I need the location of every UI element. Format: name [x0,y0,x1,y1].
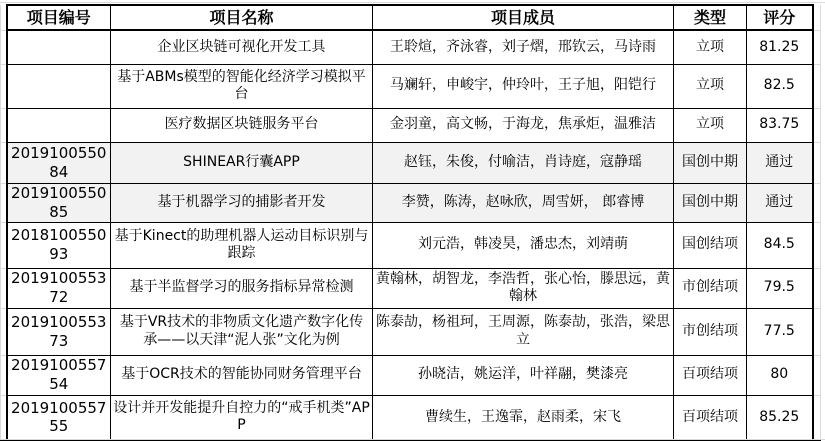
cell-score[interactable]: 85.25 [747,395,813,440]
cell-project-name[interactable]: 医疗数据区块链服务平台 [111,108,373,142]
table-row: 201910055372 基于半监督学习的服务指标异常检测 黄翰林，胡智龙，李浩… [1,268,821,308]
col-header-score[interactable]: 评分 [747,5,813,30]
cell-score[interactable]: 通过 [747,142,813,183]
cell-project-name[interactable]: 基于ABMs模型的智能化经济学习模拟平台 [111,64,373,108]
table-row: 201910055755 设计并开发能提升自控力的“戒手机类”APP 曹续生，王… [1,395,821,440]
right-gutter [813,142,821,183]
header-row: 项目编号 项目名称 项目成员 类型 评分 [1,5,821,30]
cell-project-id[interactable]: 201910055754 [7,355,111,395]
cell-project-id[interactable]: 201910055373 [7,308,111,355]
spreadsheet-gridline-bottom [0,439,825,440]
cell-type[interactable]: 立项 [674,30,747,64]
cell-project-name[interactable]: 基于半监督学习的服务指标异常检测 [111,268,373,308]
cell-project-id[interactable] [7,108,111,142]
spreadsheet-gridline-top [0,2,825,3]
cell-project-name[interactable]: 基于VR技术的非物质文化遗产数字化传承——以天津“泥人张”文化为例 [111,308,373,355]
right-gutter [813,5,821,30]
right-gutter [813,395,821,440]
cell-score[interactable]: 83.75 [747,108,813,142]
cell-score[interactable]: 81.25 [747,30,813,64]
table-row: 基于ABMs模型的智能化经济学习模拟平台 马斓轩，申峻宇，仲玲叶，王子旭，阳铠行… [1,64,821,108]
cell-project-name[interactable]: 企业区块链可视化开发工具 [111,30,373,64]
cell-project-members[interactable]: 陈泰劼，杨祖珂，王周源，陈泰劼，张浩，梁思立 [373,308,674,355]
col-header-type[interactable]: 类型 [674,5,747,30]
cell-project-id[interactable]: 201910055755 [7,395,111,440]
right-gutter [813,30,821,64]
cell-project-members[interactable]: 金羽童，高文畅，于海龙，焦承炬，温雅洁 [373,108,674,142]
right-gutter [813,108,821,142]
cell-project-name[interactable]: 设计并开发能提升自控力的“戒手机类”APP [111,395,373,440]
cell-type[interactable]: 立项 [674,64,747,108]
cell-project-members[interactable]: 马斓轩，申峻宇，仲玲叶，王子旭，阳铠行 [373,64,674,108]
cell-score[interactable]: 82.5 [747,64,813,108]
cell-project-members[interactable]: 王聆煊，齐泳睿，刘子熠，邢钦云，马诗雨 [373,30,674,64]
right-gutter [813,308,821,355]
table-row: 201910055084 SHINEAR行囊APP 赵钰，朱俊，付喻洁，肖诗庭，… [1,142,821,183]
table-row: 201810055093 基于Kinect的助理机器人运动目标识别与跟踪 刘元浩… [1,222,821,268]
cell-type[interactable]: 国创结项 [674,222,747,268]
cell-project-members[interactable]: 孙晓洁，姚运洋，叶祥翮，樊漆亮 [373,355,674,395]
cell-project-members[interactable]: 赵钰，朱俊，付喻洁，肖诗庭，寇静瑶 [373,142,674,183]
table-row: 医疗数据区块链服务平台 金羽童，高文畅，于海龙，焦承炬，温雅洁 立项 83.75 [1,108,821,142]
cell-project-id[interactable]: 201910055372 [7,268,111,308]
cell-project-members[interactable]: 黄翰林，胡智龙，李浩哲，张心怡，滕思远，黄翰林 [373,268,674,308]
cell-type[interactable]: 百项结项 [674,395,747,440]
cell-project-members[interactable]: 曹续生，王逸霏，赵雨柔，宋飞 [373,395,674,440]
col-header-project-name[interactable]: 项目名称 [111,5,373,30]
cell-score[interactable]: 77.5 [747,308,813,355]
table-row: 201910055754 基于OCR技术的智能协同财务管理平台 孙晓洁，姚运洋，… [1,355,821,395]
cell-project-id[interactable]: 201910055084 [7,142,111,183]
cell-type[interactable]: 市创结项 [674,308,747,355]
cell-type[interactable]: 国创中期 [674,142,747,183]
right-gutter [813,268,821,308]
cell-project-id[interactable] [7,64,111,108]
cell-project-name[interactable]: SHINEAR行囊APP [111,142,373,183]
cell-project-id[interactable]: 201810055093 [7,222,111,268]
projects-table: 项目编号 项目名称 项目成员 类型 评分 企业区块链可视化开发工具 王聆煊，齐泳… [0,4,821,441]
cell-type[interactable]: 百项结项 [674,355,747,395]
table-row: 201910055373 基于VR技术的非物质文化遗产数字化传承——以天津“泥人… [1,308,821,355]
table-row: 企业区块链可视化开发工具 王聆煊，齐泳睿，刘子熠，邢钦云，马诗雨 立项 81.2… [1,30,821,64]
cell-project-id[interactable] [7,30,111,64]
cell-score[interactable]: 79.5 [747,268,813,308]
cell-type[interactable]: 市创结项 [674,268,747,308]
cell-project-name[interactable]: 基于OCR技术的智能协同财务管理平台 [111,355,373,395]
cell-type[interactable]: 立项 [674,108,747,142]
right-gutter [813,222,821,268]
col-header-project-members[interactable]: 项目成员 [373,5,674,30]
table-row: 201910055085 基于机器学习的捕影者开发 李赞，陈涛，赵咏欣，周雪妍，… [1,183,821,222]
cell-score[interactable]: 80 [747,355,813,395]
cell-score[interactable]: 通过 [747,183,813,222]
right-gutter [813,64,821,108]
right-gutter [813,355,821,395]
cell-project-members[interactable]: 李赞，陈涛，赵咏欣，周雪妍， 郎睿博 [373,183,674,222]
cell-project-name[interactable]: 基于机器学习的捕影者开发 [111,183,373,222]
cell-score[interactable]: 84.5 [747,222,813,268]
cell-type[interactable]: 国创中期 [674,183,747,222]
col-header-project-id[interactable]: 项目编号 [7,5,111,30]
cell-project-members[interactable]: 刘元浩，韩凌昊，潘忠杰，刘靖萌 [373,222,674,268]
cell-project-name[interactable]: 基于Kinect的助理机器人运动目标识别与跟踪 [111,222,373,268]
right-gutter [813,183,821,222]
cell-project-id[interactable]: 201910055085 [7,183,111,222]
